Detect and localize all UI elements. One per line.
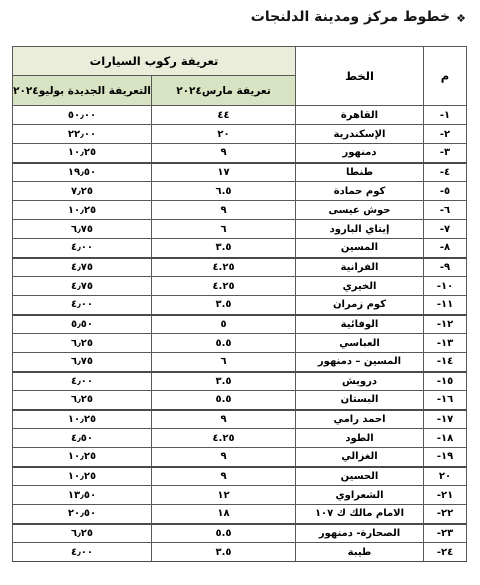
fare-march-value: ٥.٥ <box>152 524 296 543</box>
line-name: القاهرة <box>296 106 424 125</box>
table-row: ٢٢- الامام مالك ك ١٠٧ ١٨ ٢٠٫٥٠ <box>13 505 467 524</box>
row-number: ٧- <box>424 220 467 239</box>
fare-july-value: ٤٫٠٠ <box>13 372 152 391</box>
line-name: طيبة <box>296 543 424 562</box>
line-name: كوم زمران <box>296 296 424 315</box>
fare-march-value: ٩ <box>152 448 296 467</box>
fare-july-value: ١٩٫٥٠ <box>13 163 152 182</box>
fare-march-value: ٦.٥ <box>152 182 296 201</box>
fare-table: م الخط تعريفة ركوب السيارات تعريفة مارس٢… <box>12 46 467 562</box>
fare-march-value: ٥ <box>152 315 296 334</box>
row-number: ٨- <box>424 239 467 258</box>
fare-july-value: ٤٫٠٠ <box>13 239 152 258</box>
fare-july-value: ١٠٫٢٥ <box>13 448 152 467</box>
fare-march-value: ٤٤ <box>152 106 296 125</box>
line-name: طنطا <box>296 163 424 182</box>
fare-july-value: ١٠٫٢٥ <box>13 467 152 486</box>
table-row: ٤- طنطا ١٧ ١٩٫٥٠ <box>13 163 467 182</box>
fare-march-value: ٩ <box>152 467 296 486</box>
table-row: ١٧- احمد رامي ٩ ١٠٫٢٥ <box>13 410 467 429</box>
table-row: ٧- إيتاي البارود ٦ ٦٫٧٥ <box>13 220 467 239</box>
line-name: البستان <box>296 391 424 410</box>
fare-march-value: ٣.٥ <box>152 543 296 562</box>
fare-july-value: ١٠٫٢٥ <box>13 410 152 429</box>
fare-july-value: ٦٫٢٥ <box>13 334 152 353</box>
line-name: الوفائية <box>296 315 424 334</box>
table-row: ٣- دمنهور ٩ ١٠٫٢٥ <box>13 144 467 163</box>
line-name: الإسكندرية <box>296 125 424 144</box>
row-number: ١- <box>424 106 467 125</box>
row-number: ١٥- <box>424 372 467 391</box>
col-header-num: م <box>424 47 467 106</box>
col-header-fare-group: تعريفة ركوب السيارات <box>13 47 296 76</box>
table-row: ٢٤- طيبة ٣.٥ ٤٫٠٠ <box>13 543 467 562</box>
fare-july-value: ١٠٫٢٥ <box>13 201 152 220</box>
row-number: ١٩- <box>424 448 467 467</box>
fare-march-value: ٢٠ <box>152 125 296 144</box>
fare-march-value: ٩ <box>152 410 296 429</box>
fare-july-value: ٢٠٫٥٠ <box>13 505 152 524</box>
row-number: ٢٢- <box>424 505 467 524</box>
table-row: ٢٠ الحسين ٩ ١٠٫٢٥ <box>13 467 467 486</box>
fare-july-value: ٦٫٧٥ <box>13 353 152 372</box>
col-header-fare-march: تعريفة مارس٢٠٢٤ <box>152 76 296 106</box>
table-row: ١١- كوم زمران ٣.٥ ٤٫٠٠ <box>13 296 467 315</box>
fare-july-value: ٤٫٠٠ <box>13 296 152 315</box>
table-row: ١٣- العباسي ٥.٥ ٦٫٢٥ <box>13 334 467 353</box>
fare-july-value: ٦٫٢٥ <box>13 524 152 543</box>
fare-march-value: ٩ <box>152 144 296 163</box>
table-row: ٦- حوش عيسى ٩ ١٠٫٢٥ <box>13 201 467 220</box>
fare-july-value: ٥٫٥٠ <box>13 315 152 334</box>
page-title-text: خطوط مركز ومدينة الدلنجات <box>251 9 450 25</box>
row-number: ٩- <box>424 258 467 277</box>
fare-march-value: ٣.٥ <box>152 296 296 315</box>
line-name: الامام مالك ك ١٠٧ <box>296 505 424 524</box>
fare-july-value: ٥٠٫٠٠ <box>13 106 152 125</box>
fare-march-value: ٥.٥ <box>152 391 296 410</box>
table-row: ١٥- درويش ٣.٥ ٤٫٠٠ <box>13 372 467 391</box>
row-number: ١٠- <box>424 277 467 296</box>
line-name: درويش <box>296 372 424 391</box>
row-number: ١٤- <box>424 353 467 372</box>
row-number: ١٣- <box>424 334 467 353</box>
page-title: ❖ خطوط مركز ومدينة الدلنجات <box>251 9 466 25</box>
table-row: ٥- كوم حمادة ٦.٥ ٧٫٢٥ <box>13 182 467 201</box>
fare-july-value: ٧٫٢٥ <box>13 182 152 201</box>
fare-july-value: ٦٫٢٥ <box>13 391 152 410</box>
row-number: ٢١- <box>424 486 467 505</box>
fare-july-value: ٢٢٫٠٠ <box>13 125 152 144</box>
row-number: ٤- <box>424 163 467 182</box>
table-row: ١٠- الخيري ٤.٢٥ ٤٫٧٥ <box>13 277 467 296</box>
fare-march-value: ١٧ <box>152 163 296 182</box>
line-name: المسين – دمنهور <box>296 353 424 372</box>
table-row: ١٨- الطود ٤.٢٥ ٤٫٥٠ <box>13 429 467 448</box>
fare-march-value: ٣.٥ <box>152 239 296 258</box>
line-name: المسين <box>296 239 424 258</box>
table-row: ١٩- الغزالي ٩ ١٠٫٢٥ <box>13 448 467 467</box>
line-name: الصحارة- دمنهور <box>296 524 424 543</box>
fare-july-value: ٤٫٥٠ <box>13 429 152 448</box>
table-row: ٢١- الشعراوي ١٢ ١٣٫٥٠ <box>13 486 467 505</box>
row-number: ٣- <box>424 144 467 163</box>
row-number: ١٦- <box>424 391 467 410</box>
line-name: العباسي <box>296 334 424 353</box>
row-number: ١١- <box>424 296 467 315</box>
row-number: ٦- <box>424 201 467 220</box>
line-name: الحسين <box>296 467 424 486</box>
table-row: ١- القاهرة ٤٤ ٥٠٫٠٠ <box>13 106 467 125</box>
fare-march-value: ٤.٢٥ <box>152 258 296 277</box>
fare-july-value: ١٠٫٢٥ <box>13 144 152 163</box>
fare-march-value: ٤.٢٥ <box>152 277 296 296</box>
fare-march-value: ٦ <box>152 353 296 372</box>
row-number: ٢٤- <box>424 543 467 562</box>
fare-july-value: ٦٫٧٥ <box>13 220 152 239</box>
line-name: كوم حمادة <box>296 182 424 201</box>
table-row: ٨- المسين ٣.٥ ٤٫٠٠ <box>13 239 467 258</box>
diamond-bullet-icon: ❖ <box>456 12 466 25</box>
line-name: الغزالي <box>296 448 424 467</box>
row-number: ٢٣- <box>424 524 467 543</box>
line-name: الفرانية <box>296 258 424 277</box>
line-name: الشعراوي <box>296 486 424 505</box>
line-name: احمد رامي <box>296 410 424 429</box>
fare-march-value: ١٢ <box>152 486 296 505</box>
line-name: دمنهور <box>296 144 424 163</box>
line-name: حوش عيسى <box>296 201 424 220</box>
fare-march-value: ١٨ <box>152 505 296 524</box>
table-row: ١٤- المسين – دمنهور ٦ ٦٫٧٥ <box>13 353 467 372</box>
fare-table-body: ١- القاهرة ٤٤ ٥٠٫٠٠ ٢- الإسكندرية ٢٠ ٢٢٫… <box>13 106 467 562</box>
fare-march-value: ٩ <box>152 201 296 220</box>
fare-march-value: ٦ <box>152 220 296 239</box>
table-row: ٩- الفرانية ٤.٢٥ ٤٫٧٥ <box>13 258 467 277</box>
table-row: ١٢- الوفائية ٥ ٥٫٥٠ <box>13 315 467 334</box>
fare-march-value: ٥.٥ <box>152 334 296 353</box>
fare-july-value: ١٣٫٥٠ <box>13 486 152 505</box>
fare-march-value: ٤.٢٥ <box>152 429 296 448</box>
table-row: ٢٣- الصحارة- دمنهور ٥.٥ ٦٫٢٥ <box>13 524 467 543</box>
line-name: إيتاي البارود <box>296 220 424 239</box>
fare-july-value: ٤٫٠٠ <box>13 543 152 562</box>
row-number: ١٧- <box>424 410 467 429</box>
row-number: ٢- <box>424 125 467 144</box>
fare-march-value: ٣.٥ <box>152 372 296 391</box>
row-number: ١٢- <box>424 315 467 334</box>
table-row: ١٦- البستان ٥.٥ ٦٫٢٥ <box>13 391 467 410</box>
line-name: الطود <box>296 429 424 448</box>
row-number: ١٨- <box>424 429 467 448</box>
fare-july-value: ٤٫٧٥ <box>13 277 152 296</box>
row-number: ٥- <box>424 182 467 201</box>
col-header-fare-july: التعريفة الجديدة بوليو٢٠٢٤ <box>13 76 152 106</box>
table-row: ٢- الإسكندرية ٢٠ ٢٢٫٠٠ <box>13 125 467 144</box>
fare-july-value: ٤٫٧٥ <box>13 258 152 277</box>
col-header-line: الخط <box>296 47 424 106</box>
fare-table-header: م الخط تعريفة ركوب السيارات تعريفة مارس٢… <box>13 47 467 106</box>
row-number: ٢٠ <box>424 467 467 486</box>
line-name: الخيري <box>296 277 424 296</box>
